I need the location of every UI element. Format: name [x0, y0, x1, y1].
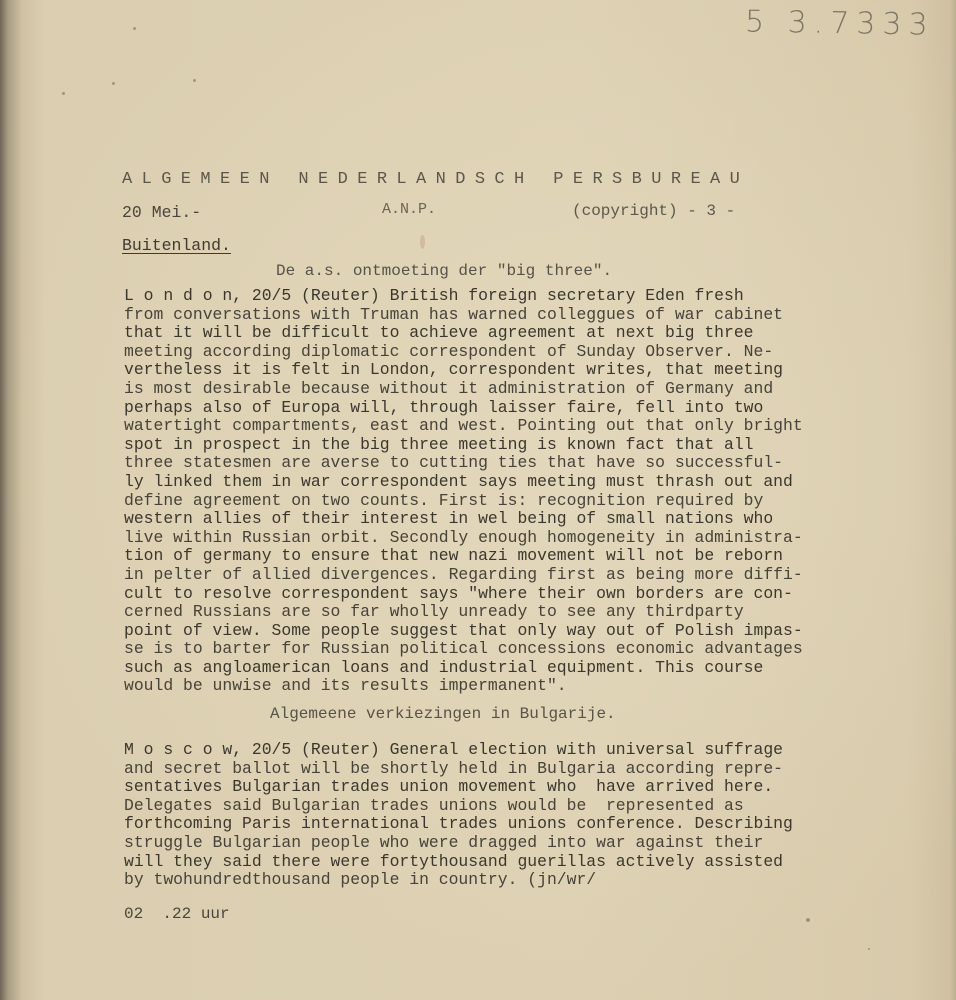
article-headline-bulgaria: Algemeene verkiezingen in Bulgarije.: [270, 705, 616, 723]
text-line: from conversations with Truman has warne…: [124, 306, 803, 325]
text-line: would be unwise and its results imperman…: [124, 677, 803, 696]
article-body-moscow: M o s c o w, 20/5 (Reuter) General elect…: [124, 741, 793, 890]
text-line: is most desirable because without it adm…: [124, 380, 803, 399]
text-line: by twohundredthousand people in country.…: [124, 871, 793, 890]
text-line: that it will be difficult to achieve agr…: [124, 324, 803, 343]
text-line: vertheless it is felt in London, corresp…: [124, 361, 803, 380]
paper-sheet: 5 3.7333 ALGEMEEN NEDERLANDSCH PERSBUREA…: [0, 0, 956, 1000]
text-line: live within Russian orbit. Secondly enou…: [124, 529, 803, 548]
text-line: three statesmen are averse to cutting ti…: [124, 454, 803, 473]
text-line: perhaps also of Europa will, through lai…: [124, 399, 803, 418]
text-line: and secret ballot will be shortly held i…: [124, 760, 793, 779]
text-line: struggle Bulgarian people who were dragg…: [124, 834, 793, 853]
article-headline-big-three: De a.s. ontmoeting der "big three".: [276, 262, 612, 280]
text-line: western allies of their interest in wel …: [124, 510, 803, 529]
text-line: such as angloamerican loans and industri…: [124, 659, 803, 678]
text-line: will they said there were fortythousand …: [124, 853, 793, 872]
text-line: cult to resolve correspondent says "wher…: [124, 585, 803, 604]
masthead: ALGEMEEN NEDERLANDSCH PERSBUREAU: [122, 170, 749, 189]
text-line: define agreement on two counts. First is…: [124, 492, 803, 511]
paper-speck: [868, 948, 870, 950]
paper-speck: [193, 79, 196, 82]
paper-speck: [806, 918, 810, 922]
paper-speck: [112, 82, 115, 85]
text-line: meeting according diplomatic corresponde…: [124, 343, 803, 362]
text-line: L o n d o n, 20/5 (Reuter) British forei…: [124, 287, 803, 306]
text-line: point of view. Some people suggest that …: [124, 622, 803, 641]
text-line: se is to barter for Russian political co…: [124, 640, 803, 659]
date-line: 20 Mei.-: [122, 203, 201, 222]
text-line: Delegates said Bulgarian trades unions w…: [124, 797, 793, 816]
text-line: cerned Russians are so far wholly unread…: [124, 603, 803, 622]
text-line: watertight compartments, east and west. …: [124, 417, 803, 436]
text-line: in pelter of allied divergences. Regardi…: [124, 566, 803, 585]
text-line: ly linked them in war correspondent says…: [124, 473, 803, 492]
paper-speck: [62, 92, 65, 95]
article-body-london: L o n d o n, 20/5 (Reuter) British forei…: [124, 287, 803, 696]
text-line: forthcoming Paris international trades u…: [124, 815, 793, 834]
agency-mark: A.N.P.: [382, 201, 436, 218]
section-title: Buitenland.: [122, 236, 231, 255]
text-line: M o s c o w, 20/5 (Reuter) General elect…: [124, 741, 793, 760]
text-line: sentatives Bulgarian trades union moveme…: [124, 778, 793, 797]
text-line: tion of germany to ensure that new nazi …: [124, 547, 803, 566]
paper-stain: [420, 235, 425, 249]
transmission-time: 02 .22 uur: [124, 905, 230, 923]
handwritten-archive-number: 5 3.7333: [745, 4, 935, 42]
paper-speck: [133, 27, 136, 30]
text-line: spot in prospect in the big three meetin…: [124, 436, 803, 455]
copyright-page-number: (copyright) - 3 -: [572, 202, 735, 220]
